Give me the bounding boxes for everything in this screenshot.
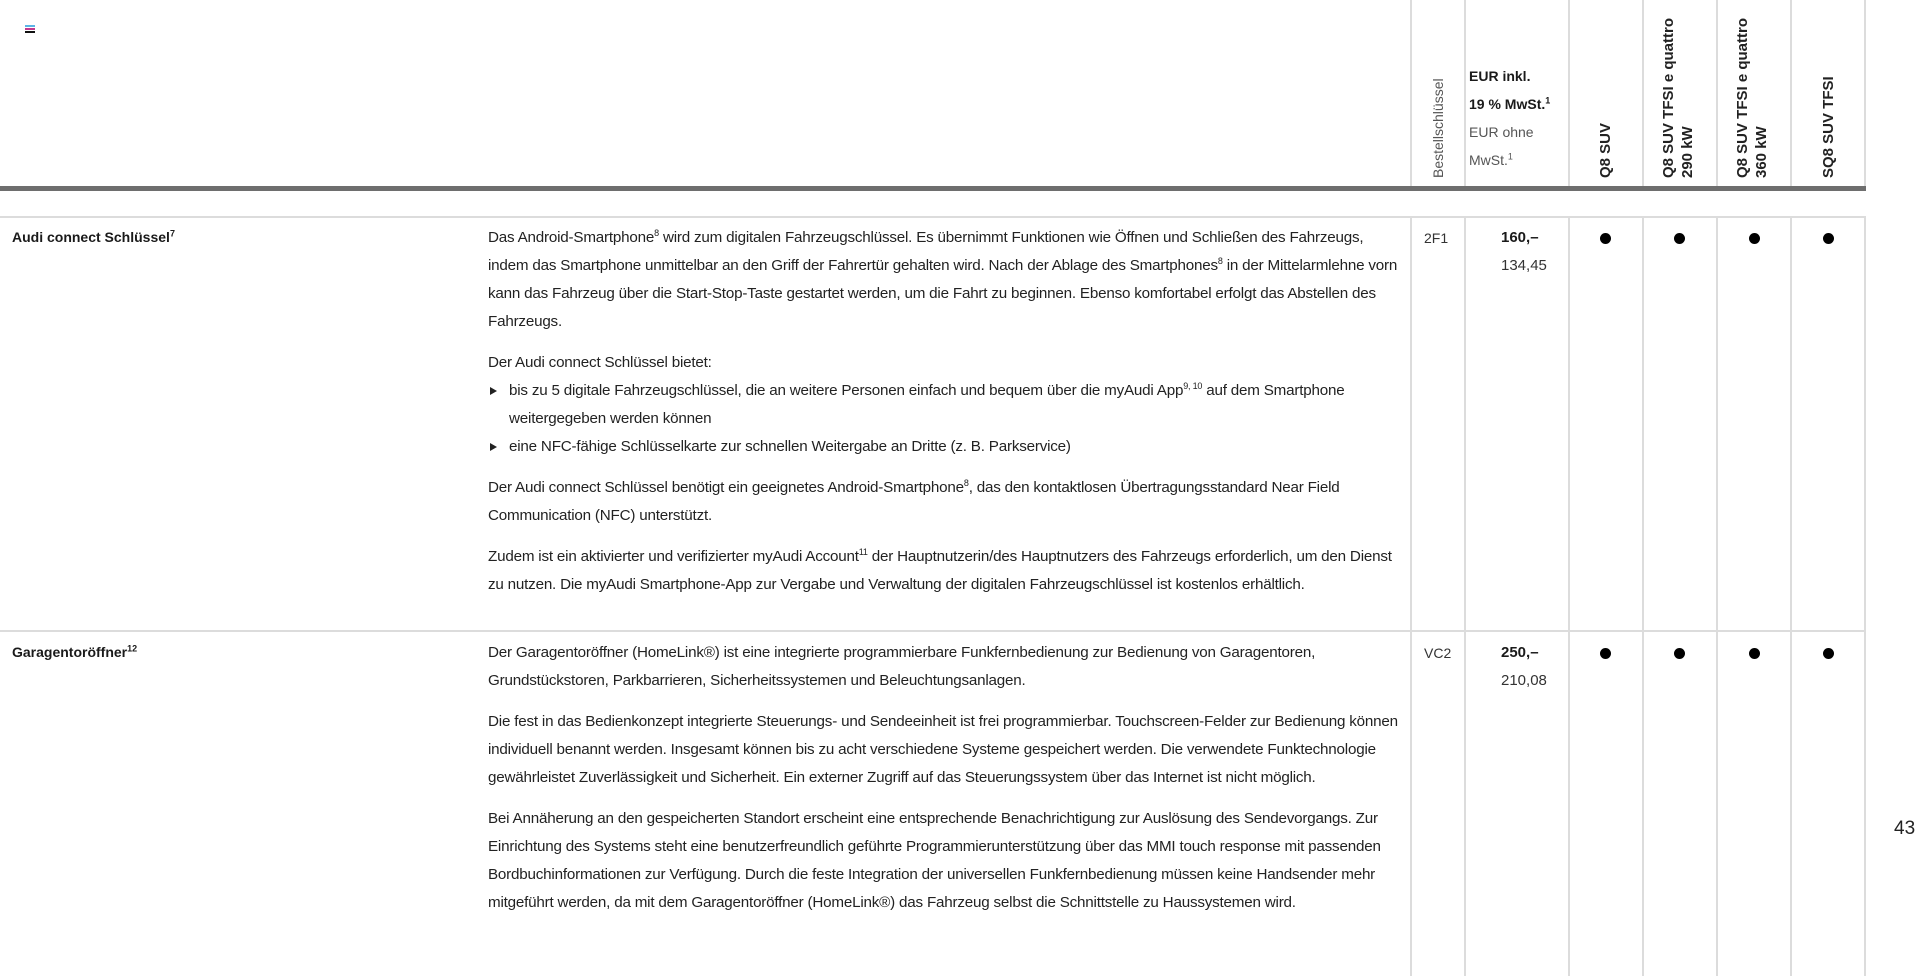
footnote-ref: 7: [170, 228, 175, 238]
price-excl-vat: 134,45: [1501, 252, 1547, 280]
column-divider: [1642, 216, 1644, 976]
price-incl-label-2: 19 % MwSt.: [1469, 96, 1545, 112]
standard-equipment-dot-icon: [1823, 648, 1834, 659]
header-column-divider: [1716, 0, 1718, 188]
price: 160,– 134,45: [1501, 224, 1547, 280]
print-registration-mark: [25, 25, 35, 34]
header-rule: [0, 186, 1866, 191]
price-excl-vat: 210,08: [1501, 667, 1547, 695]
feature-name: Audi connect Schlüssel7: [12, 229, 175, 245]
table-top-border: [0, 216, 1866, 218]
row-separator: [0, 630, 1866, 632]
feature-bullet-list: bis zu 5 digitale Fahrzeugschlüssel, die…: [488, 377, 1398, 461]
feature-description: Das Android-Smartphone8 wird zum digital…: [488, 224, 1398, 612]
order-code: 2F1: [1424, 230, 1448, 246]
price-excl-label-1: EUR ohne: [1469, 124, 1534, 140]
price-incl-vat: 160,–: [1501, 224, 1547, 252]
column-header-model-q8-tfsie-360: Q8 SUV TFSI e quattro 360 kW: [1733, 18, 1771, 178]
header-column-divider: [1642, 0, 1644, 188]
feature-description: Der Garagentoröffner (HomeLink®) ist ein…: [488, 639, 1398, 930]
header-column-divider: [1464, 0, 1466, 188]
price: 250,– 210,08: [1501, 639, 1547, 695]
footnote-ref: 1: [1508, 151, 1513, 161]
order-code: VC2: [1424, 645, 1451, 661]
list-item: bis zu 5 digitale Fahrzeugschlüssel, die…: [488, 377, 1398, 433]
standard-equipment-dot-icon: [1749, 233, 1760, 244]
list-item: eine NFC-fähige Schlüsselkarte zur schne…: [488, 433, 1398, 461]
column-divider: [1464, 216, 1466, 976]
column-divider: [1716, 216, 1718, 976]
column-header-order-code: Bestellschlüssel: [1430, 78, 1446, 178]
price-incl-vat: 250,–: [1501, 639, 1547, 667]
column-header-model-q8-tfsie-290: Q8 SUV TFSI e quattro 290 kW: [1659, 18, 1697, 178]
standard-equipment-dot-icon: [1674, 648, 1685, 659]
standard-equipment-dot-icon: [1674, 233, 1685, 244]
column-header-model-q8-suv: Q8 SUV: [1596, 123, 1615, 178]
feature-name: Garagentoröffner12: [12, 644, 137, 660]
page-number: 43: [1894, 818, 1915, 840]
standard-equipment-dot-icon: [1823, 233, 1834, 244]
price-incl-label-1: EUR inkl.: [1469, 68, 1530, 84]
column-divider: [1568, 216, 1570, 976]
standard-equipment-dot-icon: [1600, 648, 1611, 659]
column-header-price: EUR inkl. 19 % MwSt.1 EUR ohne MwSt.1: [1469, 62, 1550, 174]
footnote-ref: 12: [127, 643, 137, 653]
column-divider: [1864, 216, 1866, 976]
standard-equipment-dot-icon: [1600, 233, 1611, 244]
standard-equipment-dot-icon: [1749, 648, 1760, 659]
footnote-ref: 1: [1545, 95, 1550, 105]
column-divider: [1790, 216, 1792, 976]
column-divider: [1410, 216, 1412, 976]
header-column-divider: [1410, 0, 1412, 188]
header-column-divider: [1568, 0, 1570, 188]
column-header-model-sq8: SQ8 SUV TFSI: [1819, 76, 1838, 178]
price-excl-label-2: MwSt.: [1469, 152, 1508, 168]
